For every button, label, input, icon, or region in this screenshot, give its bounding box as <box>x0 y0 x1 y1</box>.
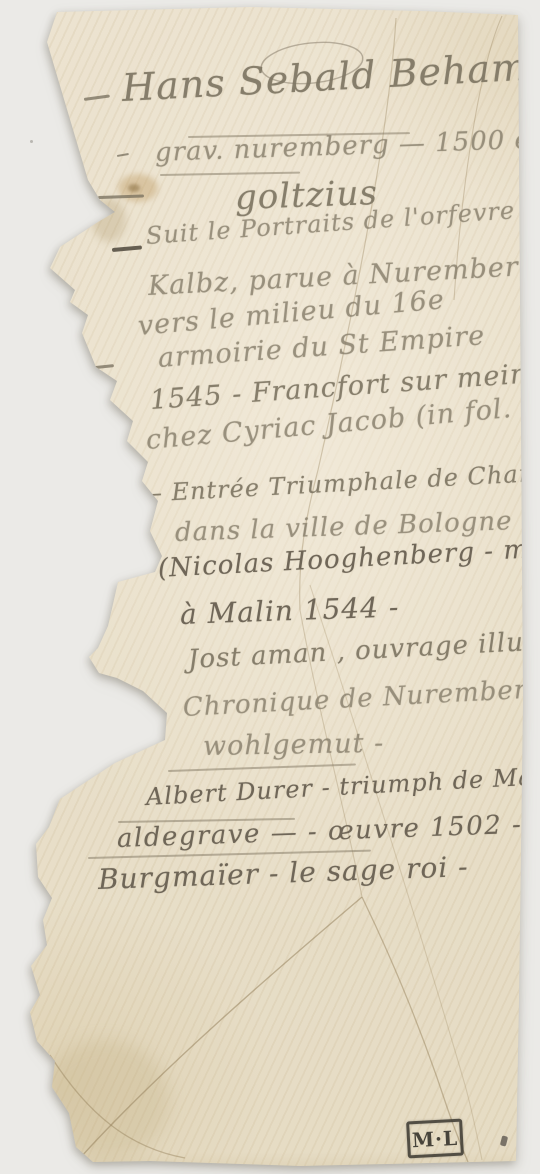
margin-dash <box>86 364 114 370</box>
margin-dash <box>112 245 142 252</box>
scanned-manuscript-photo: Hans Sebald Beham — grav. nuremberg — 15… <box>0 0 540 1174</box>
handwriting-line: grav. nuremberg — 1500 env. <box>154 124 540 168</box>
handwriting-line: — Entrée Triumphale de Charle V <box>137 457 540 508</box>
handwriting-line: à Malin 1544 - <box>179 590 399 631</box>
pencil-rule <box>168 763 356 772</box>
margin-dash <box>98 194 144 199</box>
ink-speck <box>500 1135 508 1146</box>
torn-paper-sheet: Hans Sebald Beham — grav. nuremberg — 15… <box>0 0 540 1174</box>
handwriting-line: aldegrave — - œuvre 1502 -1562 <box>116 807 540 854</box>
paper-shadow-wrapper: Hans Sebald Beham — grav. nuremberg — 15… <box>0 0 540 1174</box>
pencil-rule <box>160 172 300 176</box>
handwriting-line: Chronique de Nuremberg <box>182 674 540 723</box>
torn-edge-smudge <box>92 198 126 242</box>
handwriting-line: Hans Sebald Beham — <box>121 42 540 110</box>
handwriting-line: wohlgemut - <box>203 728 385 762</box>
corner-fold-shading <box>40 1040 170 1160</box>
margin-dash <box>84 94 110 101</box>
paper-stain-small <box>128 184 140 192</box>
margin-dash <box>148 719 160 724</box>
collector-stamp: M·L <box>406 1119 464 1159</box>
handwriting-line: Jost aman , ouvrage illustr. <box>187 625 540 675</box>
margin-dash <box>117 153 129 157</box>
collector-stamp-text: M·L <box>411 1127 458 1149</box>
